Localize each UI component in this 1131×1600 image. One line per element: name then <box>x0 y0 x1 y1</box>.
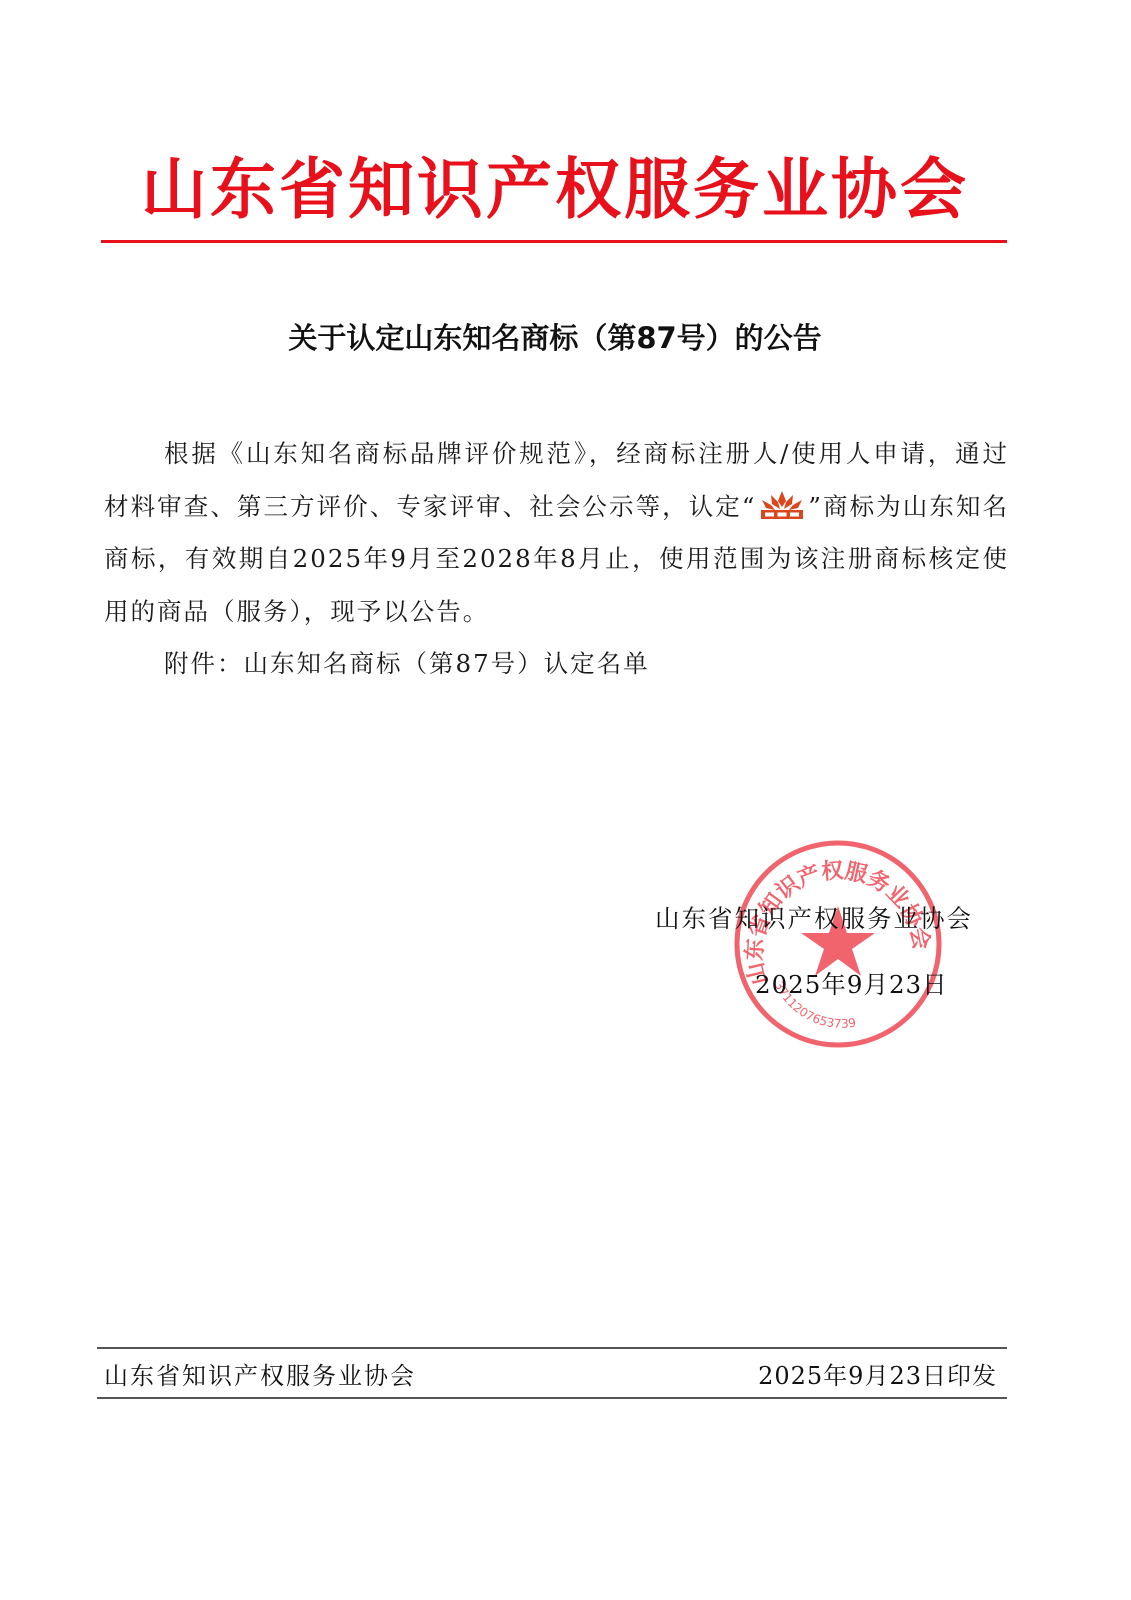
footer-issue-date: 2025年9月23日印发 <box>758 1356 997 1391</box>
signature-organization: 山东省知识产权服务业协会 <box>655 900 973 935</box>
document-body: 根据《山东知名商标品牌评价规范》，经商标注册人/使用人申请，通过材料审查、第三方… <box>104 428 1009 691</box>
document-title: 关于认定山东知名商标（第87号）的公告 <box>100 318 1010 358</box>
footer-top-rule <box>97 1347 1007 1349</box>
trademark-logo-icon <box>758 490 806 520</box>
masthead-title: 山东省知识产权服务业协会 <box>100 150 1010 230</box>
masthead-red-rule <box>101 240 1007 243</box>
main-paragraph: 根据《山东知名商标品牌评价规范》，经商标注册人/使用人申请，通过材料审查、第三方… <box>104 428 1009 638</box>
footer-organization: 山东省知识产权服务业协会 <box>104 1356 416 1391</box>
attachment-line: 附件：山东知名商标（第87号）认定名单 <box>104 638 1009 691</box>
official-seal-stamp: 山东省知识产权服务业协会 3711207653739 <box>732 838 944 1050</box>
signature-date: 2025年9月23日 <box>755 966 948 1001</box>
footer-bottom-rule <box>97 1397 1007 1399</box>
